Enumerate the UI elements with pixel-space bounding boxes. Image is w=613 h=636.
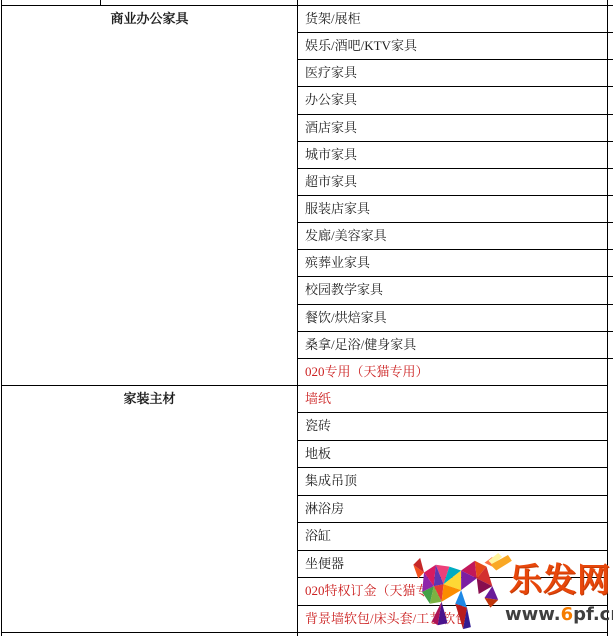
table-left-border (1, 0, 2, 636)
row-separator (297, 412, 607, 413)
category-cell: 020专用（天猫专用） (305, 358, 605, 385)
row-separator (297, 141, 613, 142)
row-separator (297, 467, 607, 468)
row-separator (297, 276, 613, 277)
row-separator (297, 522, 607, 523)
table-right-border (607, 0, 608, 636)
category-cell: 浴缸 (305, 522, 605, 549)
row-separator (297, 222, 613, 223)
row-separator (297, 304, 613, 305)
category-cell: 酒店家具 (305, 114, 605, 141)
category-cell: 娱乐/酒吧/KTV家具 (305, 32, 605, 59)
row-separator (297, 440, 607, 441)
row-separator (297, 195, 613, 196)
row-separator (297, 495, 607, 496)
category-cell: 集成吊顶 (305, 467, 605, 494)
category-cell: 货架/展柜 (305, 5, 605, 32)
category-cell: 发廊/美容家具 (305, 222, 605, 249)
category-cell: 餐饮/烘焙家具 (305, 304, 605, 331)
row-separator (297, 550, 607, 551)
row-separator (297, 168, 613, 169)
category-cell: 桑拿/足浴/健身家具 (305, 331, 605, 358)
category-cell: 瓷砖 (305, 412, 605, 439)
category-cell: 墙纸 (305, 385, 605, 412)
category-cell: 地板 (305, 440, 605, 467)
row-separator (297, 331, 613, 332)
url-accent-digit: 6 (561, 604, 574, 625)
category-cell: 超市家具 (305, 168, 605, 195)
category-cell: 淋浴房 (305, 495, 605, 522)
category-cell: 城市家具 (305, 141, 605, 168)
row-separator (297, 358, 613, 359)
section-title: 家装主材 (2, 385, 297, 412)
section-title: 商业办公家具 (2, 5, 297, 32)
row-separator (297, 32, 613, 33)
url-prefix: www. (505, 604, 561, 625)
row-separator (297, 86, 613, 87)
row-separator (297, 249, 613, 250)
category-cell: 服装店家具 (305, 195, 605, 222)
category-cell: 办公家具 (305, 86, 605, 113)
watermark-url-text: www.6pf.cn (505, 604, 613, 626)
row-separator (297, 114, 613, 115)
category-cell: 殡葬业家具 (305, 249, 605, 276)
watermark-brand-text: 乐发网 (509, 563, 611, 599)
category-cell: 校园教学家具 (305, 276, 605, 303)
url-suffix: pf.cn (573, 604, 613, 625)
bull-logo-icon (412, 553, 520, 633)
table-column-divider (297, 0, 298, 636)
category-cell: 医疗家具 (305, 59, 605, 86)
row-separator (297, 59, 613, 60)
